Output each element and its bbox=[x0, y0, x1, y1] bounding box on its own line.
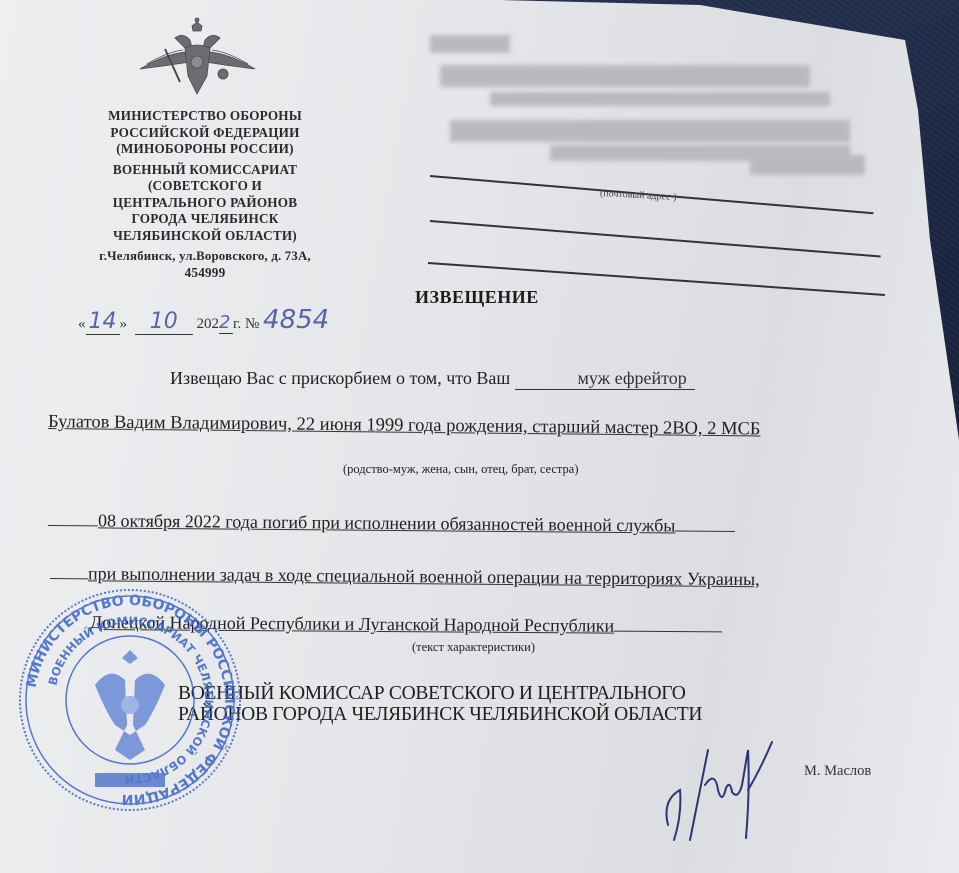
commissariat-line-3: ЦЕНТРАЛЬНОГО РАЙОНОВ bbox=[40, 195, 370, 212]
postal-address-caption: (почтовый адрес ) bbox=[600, 188, 677, 203]
organization-postcode: 454999 bbox=[40, 265, 370, 282]
official-round-stamp-icon: МИНИСТЕРСТВО ОБОРОНЫ РОССИЙСКОЙ ФЕДЕРАЦИ… bbox=[15, 585, 245, 815]
notice-title: ИЗВЕЩЕНИЕ bbox=[415, 287, 539, 308]
date-month: 10 bbox=[150, 309, 178, 334]
date-day: 14 bbox=[89, 309, 117, 334]
commissariat-line-1: ВОЕННЫЙ КОМИССАРИАТ bbox=[40, 162, 370, 179]
ministry-line-1: МИНИСТЕРСТВО ОБОРОНЫ bbox=[40, 108, 370, 125]
commissariat-line-5: ЧЕЛЯБИНСКОЙ ОБЛАСТИ) bbox=[40, 228, 370, 245]
signatory-title-line-2: РАЙОНОВ ГОРОДА ЧЕЛЯБИНСК ЧЕЛЯБИНСКОЙ ОБЛ… bbox=[178, 704, 702, 725]
signatory-title-line-1: ВОЕННЫЙ КОМИССАР СОВЕТСКОГО И ЦЕНТРАЛЬНО… bbox=[178, 683, 702, 704]
date-open-quote: « bbox=[78, 316, 86, 332]
death-line-1-text: 08 октября 2022 года погиб при исполнени… bbox=[98, 510, 676, 535]
date-close-quote: » bbox=[120, 316, 128, 332]
text-characteristic-caption: (текст характеристики) bbox=[412, 640, 535, 655]
handwritten-signature-icon bbox=[660, 730, 790, 850]
intro-text: Извещаю Вас с прискорбием о том, что Ваш bbox=[170, 368, 510, 388]
commissariat-line-4: ГОРОДА ЧЕЛЯБИНСК bbox=[40, 211, 370, 228]
signatory-title: ВОЕННЫЙ КОМИССАР СОВЕТСКОГО И ЦЕНТРАЛЬНО… bbox=[178, 683, 702, 725]
signatory-name: М. Маслов bbox=[804, 763, 871, 780]
redacted-recipient-address bbox=[430, 30, 870, 170]
commissariat-line-2: (СОВЕТСКОГО И bbox=[40, 178, 370, 195]
notice-number: 4854 bbox=[263, 305, 329, 335]
relation-value: муж ефрейтор bbox=[578, 368, 687, 388]
ministry-line-3: (МИНОБОРОНЫ РОССИИ) bbox=[40, 141, 370, 158]
date-number-label: г. № bbox=[233, 316, 259, 332]
address-line-2 bbox=[430, 220, 881, 257]
date-year-prefix: 202 bbox=[197, 316, 220, 332]
death-line-1: 08 октября 2022 года погиб при исполнени… bbox=[48, 510, 736, 537]
relation-caption: (родство-муж, жена, сын, отец, брат, сес… bbox=[343, 462, 579, 477]
intro-line: Извещаю Вас с прискорбием о том, что Ваш… bbox=[170, 368, 695, 390]
double-headed-eagle-emblem-icon bbox=[135, 14, 260, 99]
ministry-line-2: РОССИЙСКОЙ ФЕДЕРАЦИИ bbox=[40, 125, 370, 142]
person-line: Булатов Вадим Владимирович, 22 июня 1999… bbox=[48, 412, 761, 440]
date-number-line: «14» 10 2022г. № 4854 bbox=[78, 305, 329, 335]
organization-header: МИНИСТЕРСТВО ОБОРОНЫ РОССИЙСКОЙ ФЕДЕРАЦИ… bbox=[40, 108, 370, 281]
notice-paper: МИНИСТЕРСТВО ОБОРОНЫ РОССИЙСКОЙ ФЕДЕРАЦИ… bbox=[0, 0, 959, 873]
organization-address: г.Челябинск, ул.Воровского, д. 73А, bbox=[40, 248, 370, 265]
date-year-suffix: 2 bbox=[219, 312, 230, 333]
